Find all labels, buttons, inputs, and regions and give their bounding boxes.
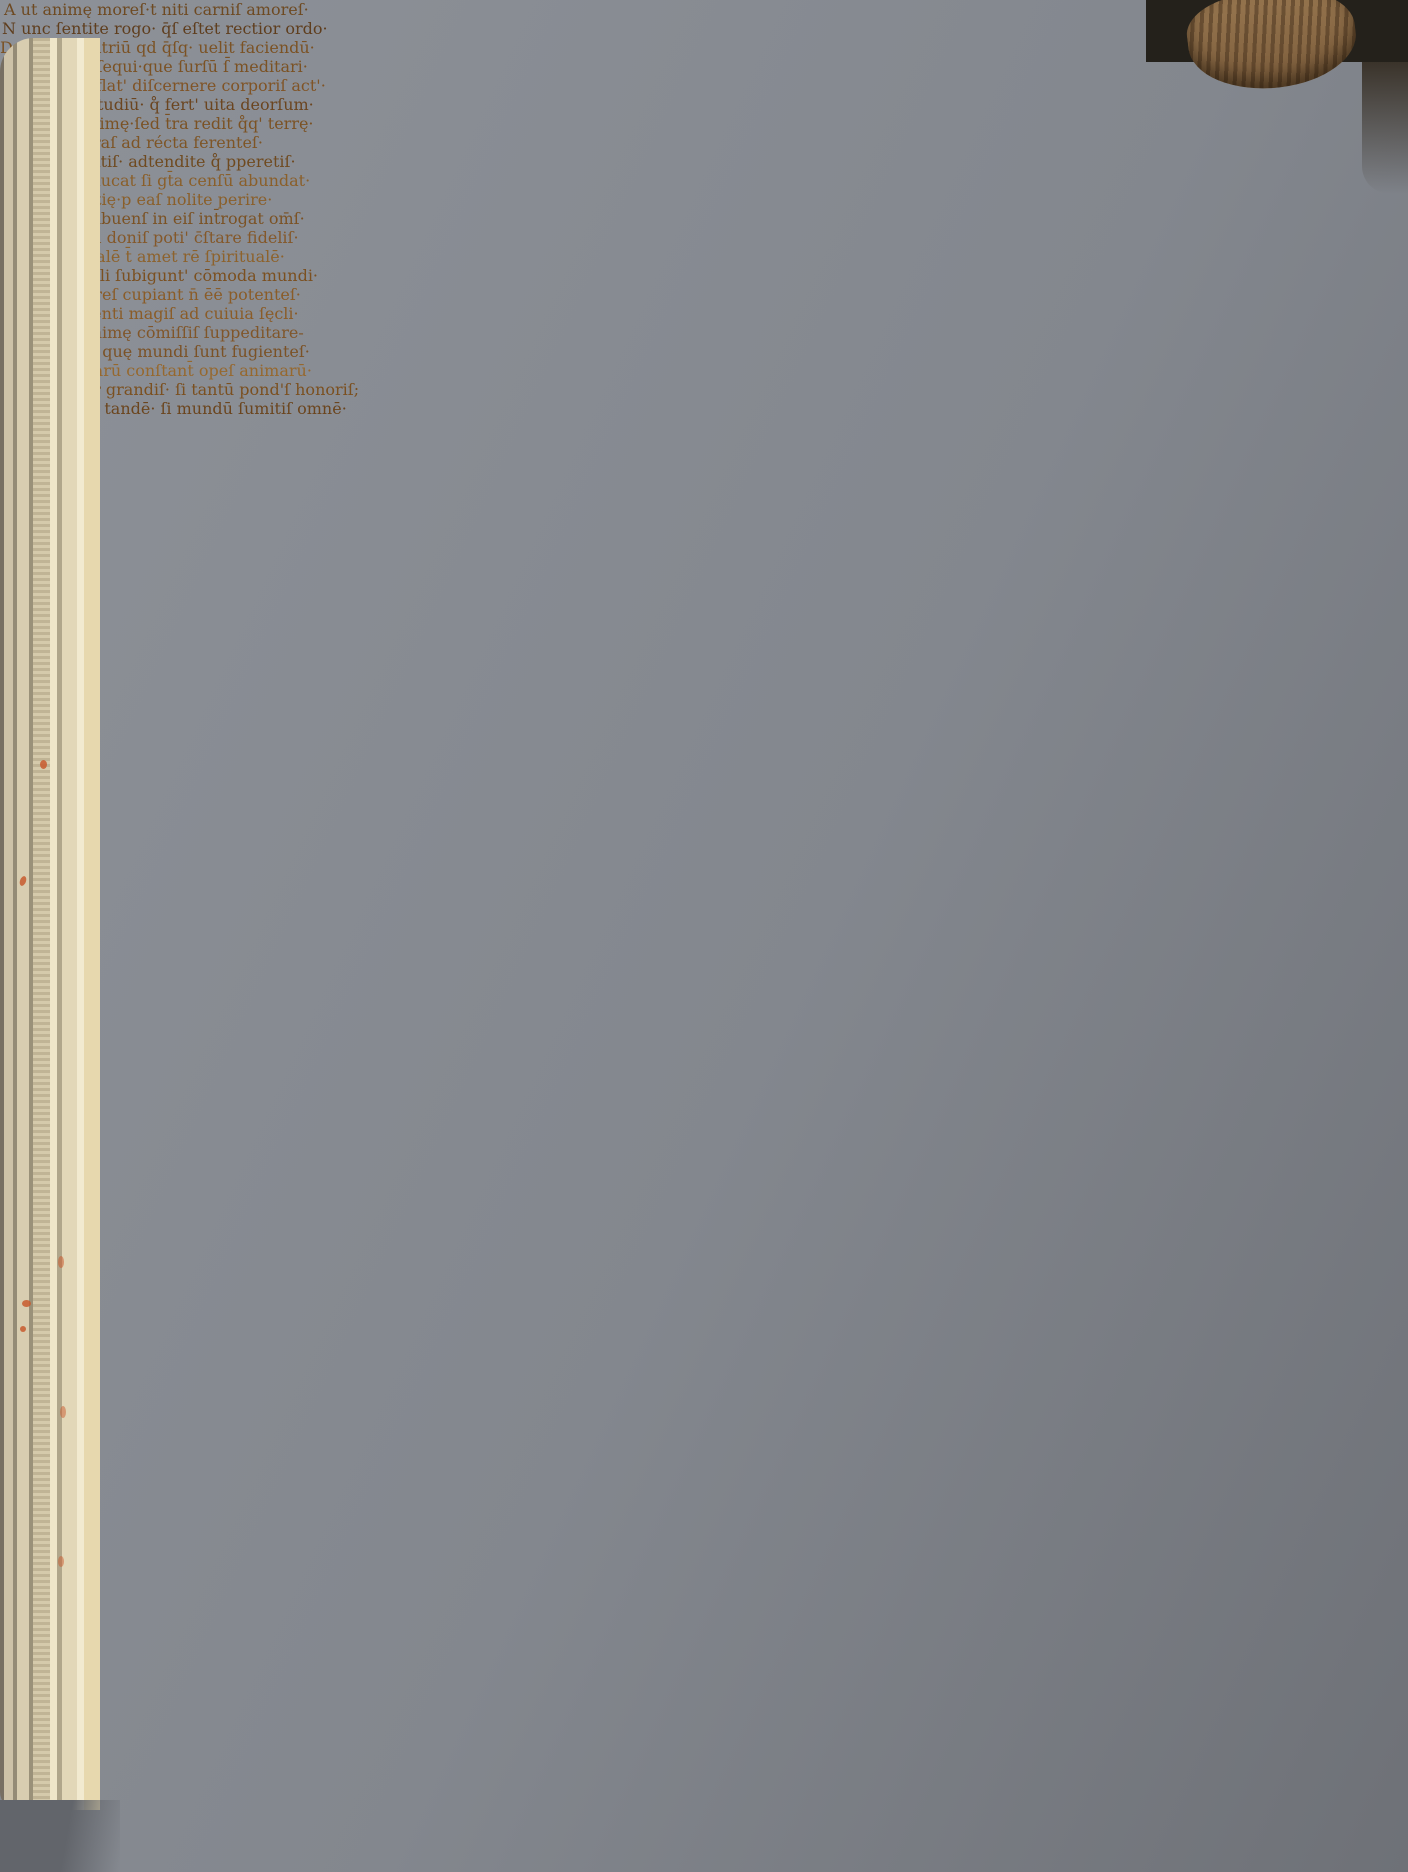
manuscript-line: Q uā curiſ animę cōmiſſiſ ſuppeditare- [0,323,1408,342]
manuscript-line: A ut carniſ ſtudiū· q̊ fert' uita deorſu… [0,95,1408,114]
manuscript-line: A ut q̊ſ carnalē t̄ amet rē ſpiritualē· [0,247,1408,266]
bottom-edge-stack [0,1786,1408,1872]
red-edge-mark [58,1556,64,1567]
manuscript-line: S cilicét intenti magiſ ad cuiuia ſęcli· [0,304,1408,323]
manuscript-line: U oſ aut̄ fr̄ſ· quę mundi ſunt fugienteſ… [2,342,1408,361]
red-edge-mark [20,1326,26,1332]
bottom-left-shadow [0,1800,120,1872]
red-edge-mark [22,1300,31,1307]
fore-edge-fibers [33,38,50,1810]
manuscript-line: D iſcite qd ſitiſ· adtendite q̊ pperetiſ… [0,152,1408,171]
photo-scene: A ut animę moreſ·t niti carniſ amoreſ· N… [0,0,1408,1872]
manuscript-line: N on uoſ ſeducat ſi gt̄a cenſū abundat· [0,171,1408,190]
manuscript-line: S i ſunt diuitię·p eaſ nolite perire· [0,190,1408,209]
fore-edge-stack [0,38,100,1810]
manuscript-line: U nde ſapit flat' diſcernere corporiſ ac… [0,76,1408,95]
manuscript-line: Q uid pdeſt tandē· ſi mundū ſumitiſ omnē… [8,399,1408,418]
manuscript-line: Q uāuiſ pplureſ cupiant n̄ ēē potenteſ· [0,285,1408,304]
manuscript-line: N ā dſ̄ haſ tribuenſ in eiſ int̄rogat om… [0,209,1408,228]
manuscript-line: N ā qd honor grandiſ· ſi tantū pond'ſ ho… [0,380,1408,399]
red-edge-mark [60,1406,66,1418]
manuscript-line: H inc it ē animę·ſed t̄ra redit q̊q' ter… [0,114,1408,133]
manuscript-line: N on aliaſ ulli ſubigunt' cōmoda mundi· [0,266,1408,285]
red-edge-mark [18,875,27,886]
manuscript-line: P ptea m̄teſ ur̄aſ ad récta ferenteſ· [0,133,1408,152]
headband-fragment [1354,30,1408,180]
red-edge-mark [58,1256,64,1268]
red-edge-mark [40,760,47,769]
manuscript-line: Q uerite ur̄arū conſtant̄ opeſ animarū· [4,361,1408,380]
manuscript-line: Q uiſ uelit in doniſ poti' c̄ſtare fidel… [0,228,1408,247]
